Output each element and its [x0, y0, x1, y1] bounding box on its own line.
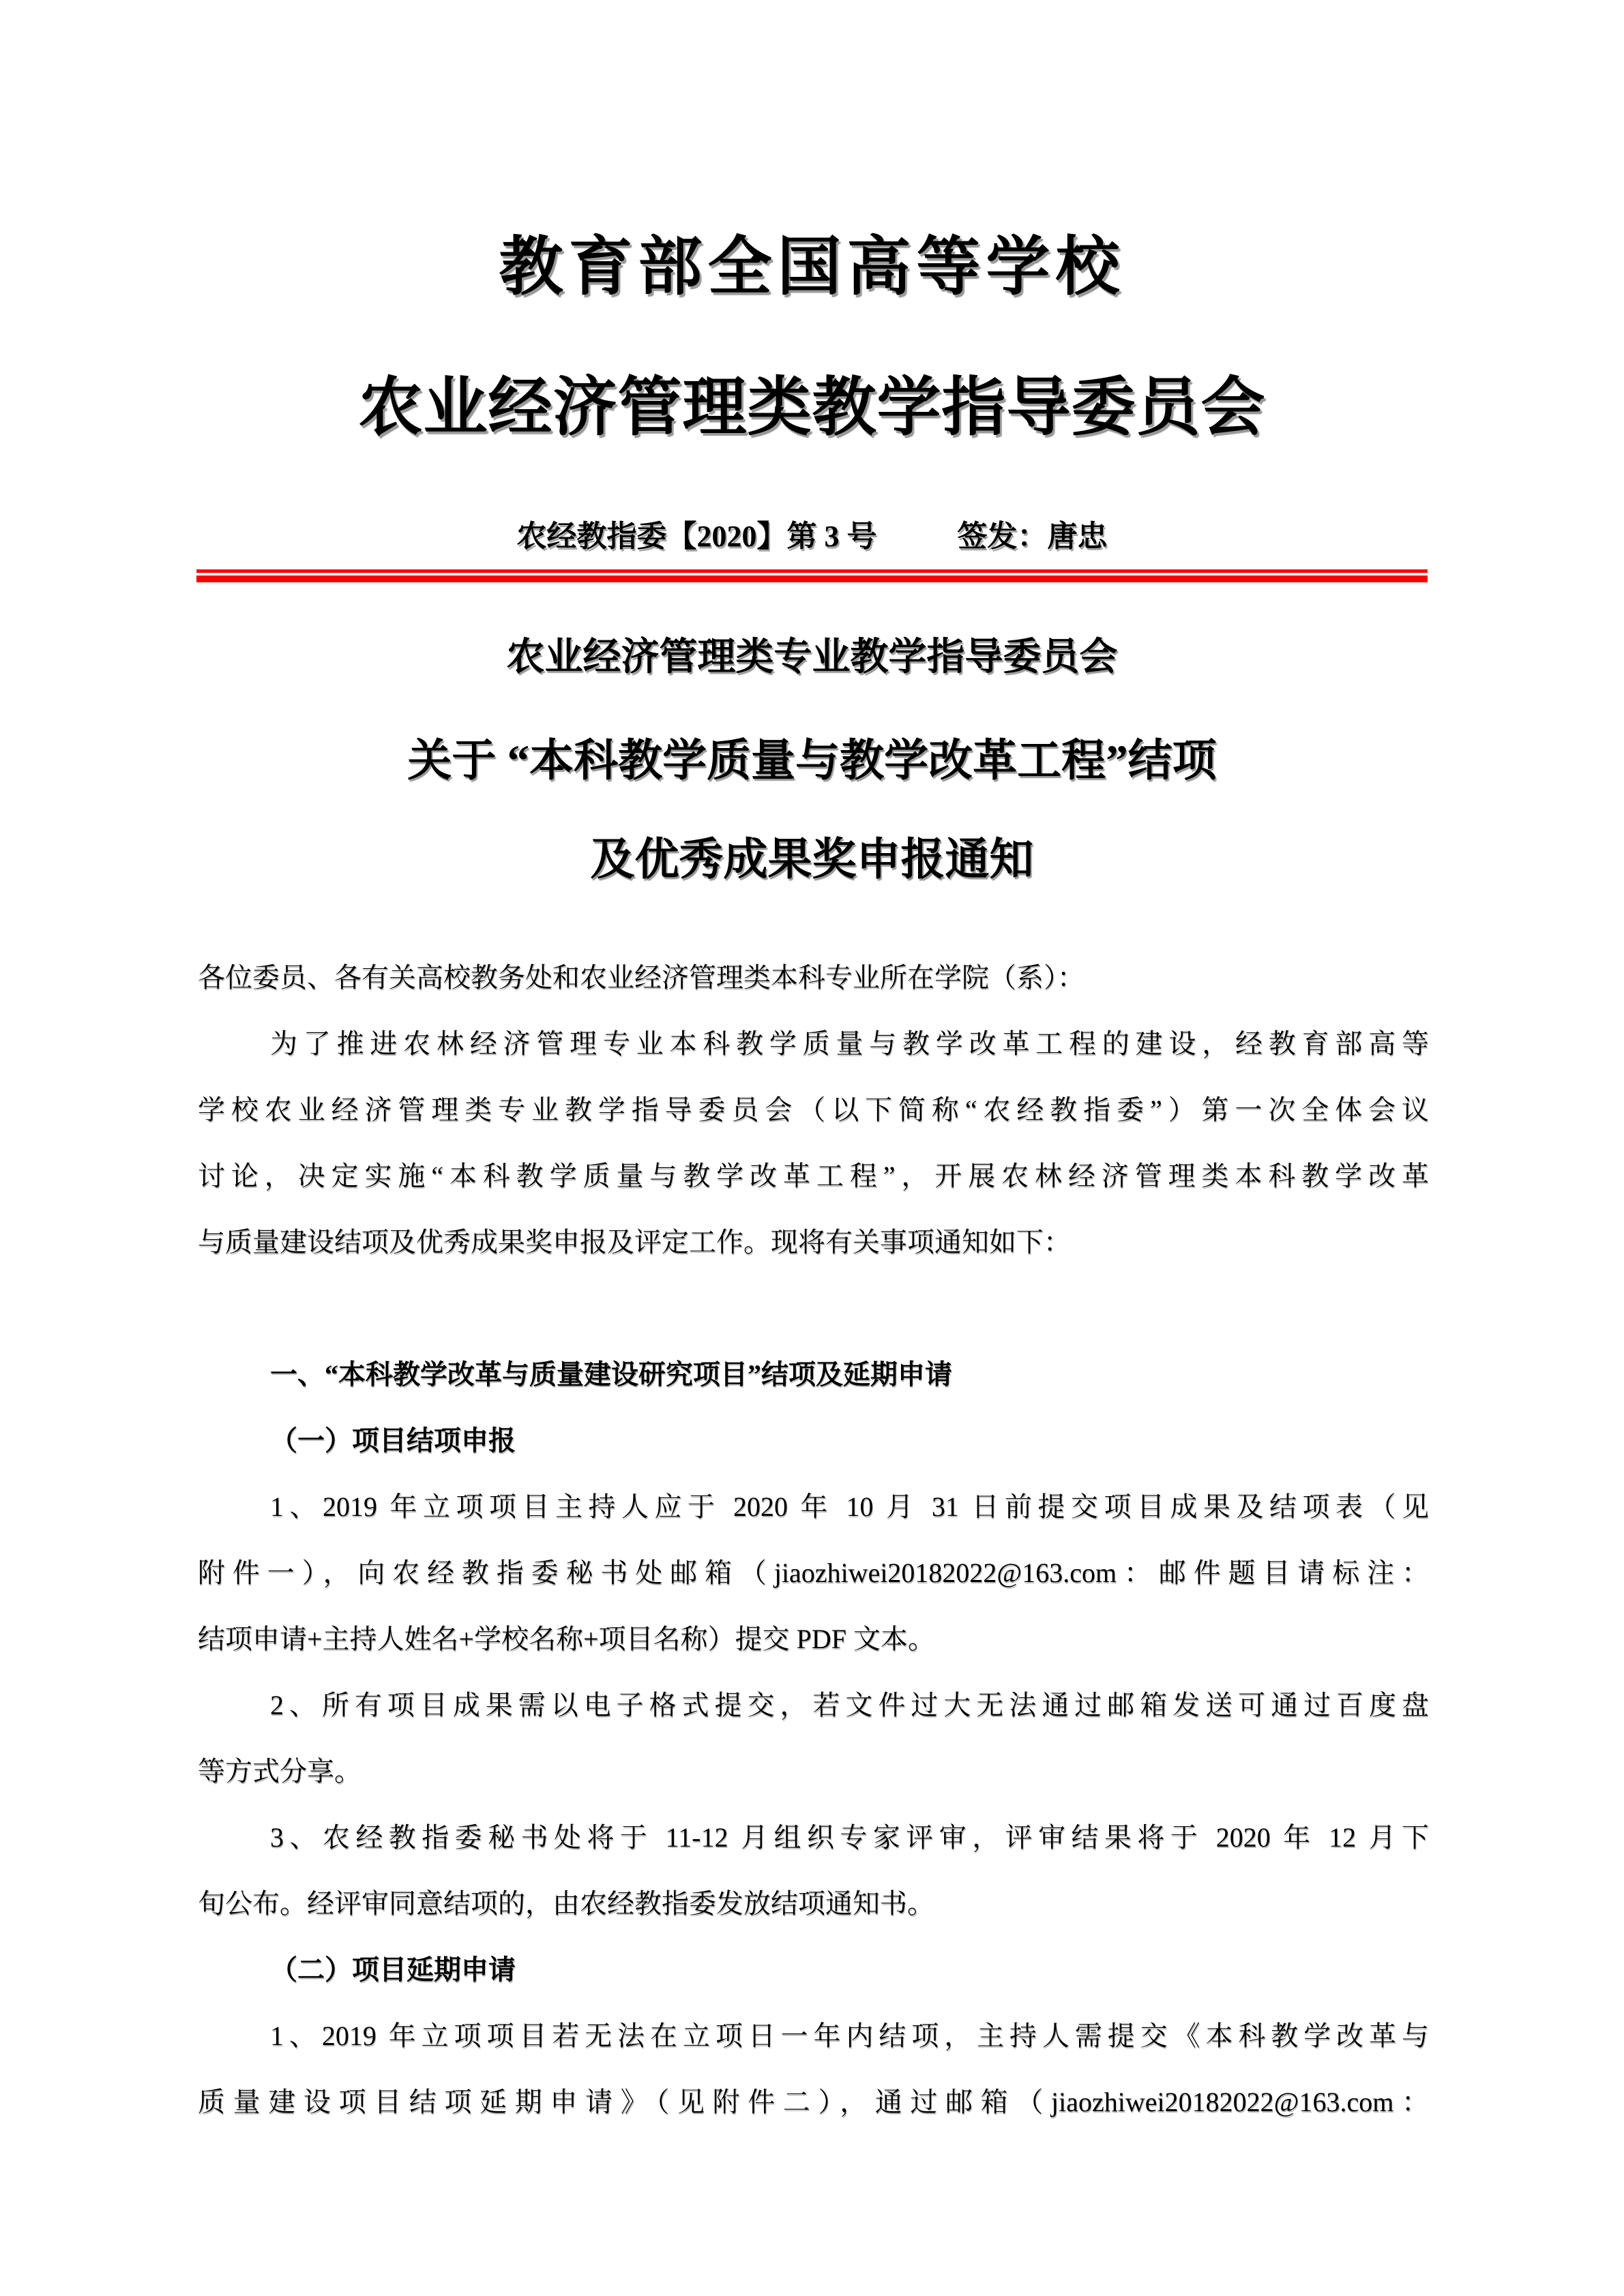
red-divider-line [196, 569, 1428, 582]
body-line: 为了推进农林经济管理专业本科教学质量与教学改革工程的建设，经教育部高等 [198, 1011, 1429, 1077]
committee-subtitle: 农业经济管理类专业教学指导委员会 [0, 638, 1624, 676]
body-line: 等方式分享。 [198, 1738, 1429, 1804]
subsection-heading-1: （一）项目结项申报 [198, 1407, 1429, 1474]
doc-number-row: 农经教指委【2020】第 3 号 签发：唐忠 [0, 522, 1624, 552]
notice-title-line1: 关于 “本科教学质量与教学改革工程”结项 [0, 712, 1624, 811]
body-line: 3、农经教指委秘书处将于 11-12 月组织专家评审，评审结果将于 2020 年… [198, 1804, 1429, 1870]
issuer-signature: 签发：唐忠 [958, 522, 1108, 552]
doc-number: 农经教指委【2020】第 3 号 [517, 522, 877, 552]
body-line: 与质量建设结项及优秀成果奖申报及评定工作。现将有关事项通知如下： [198, 1209, 1429, 1275]
org-title-line2: 农业经济管理类教学指导委员会 [0, 376, 1624, 440]
subsection-heading-2: （二）项目延期申请 [198, 1937, 1429, 2003]
notice-title: 关于 “本科教学质量与教学改革工程”结项 及优秀成果奖申报通知 [0, 712, 1624, 910]
body-line: 2、所有项目成果需以电子格式提交，若文件过大无法通过邮箱发送可通过百度盘 [198, 1672, 1429, 1738]
body-line: 1、2019 年立项项目主持人应于 2020 年 10 月 31 日前提交项目成… [198, 1474, 1429, 1540]
org-title-line1: 教育部全国高等学校 [0, 235, 1624, 299]
body-line: 学校农业经济管理类专业教学指导委员会（以下简称“农经教指委”）第一次全体会议 [198, 1077, 1429, 1143]
body-line-with-email: 质量建设项目结项延期申请》（见附件二），通过邮箱（jiaozhiwei20182… [198, 2069, 1429, 2135]
notice-title-line2: 及优秀成果奖申报通知 [0, 811, 1624, 910]
official-notice-page: 教育部全国高等学校 农业经济管理类教学指导委员会 农经教指委【2020】第 3 … [0, 0, 1624, 2296]
body-line: 讨论，决定实施“本科教学质量与教学改革工程”，开展农林经济管理类本科教学改革 [198, 1143, 1429, 1209]
section-heading-1: 一、“本科教学改革与质量建设研究项目”结项及延期申请 [198, 1341, 1429, 1407]
body-line: 旬公布。经评审同意结项的，由农经教指委发放结项通知书。 [198, 1870, 1429, 1937]
body-line: 结项申请+主持人姓名+学校名称+项目名称）提交 PDF 文本。 [198, 1606, 1429, 1672]
body-line-with-email: 附件一），向农经教指委秘书处邮箱（jiaozhiwei20182022@163.… [198, 1540, 1429, 1606]
notice-body: 各位委员、各有关高校教务处和农业经济管理类本科专业所在学院（系）： 为了推进农林… [198, 944, 1429, 2135]
body-line: 1、2019 年立项项目若无法在立项日一年内结项，主持人需提交《本科教学改革与 [198, 2003, 1429, 2069]
salutation-line: 各位委员、各有关高校教务处和农业经济管理类本科专业所在学院（系）： [198, 944, 1429, 1011]
